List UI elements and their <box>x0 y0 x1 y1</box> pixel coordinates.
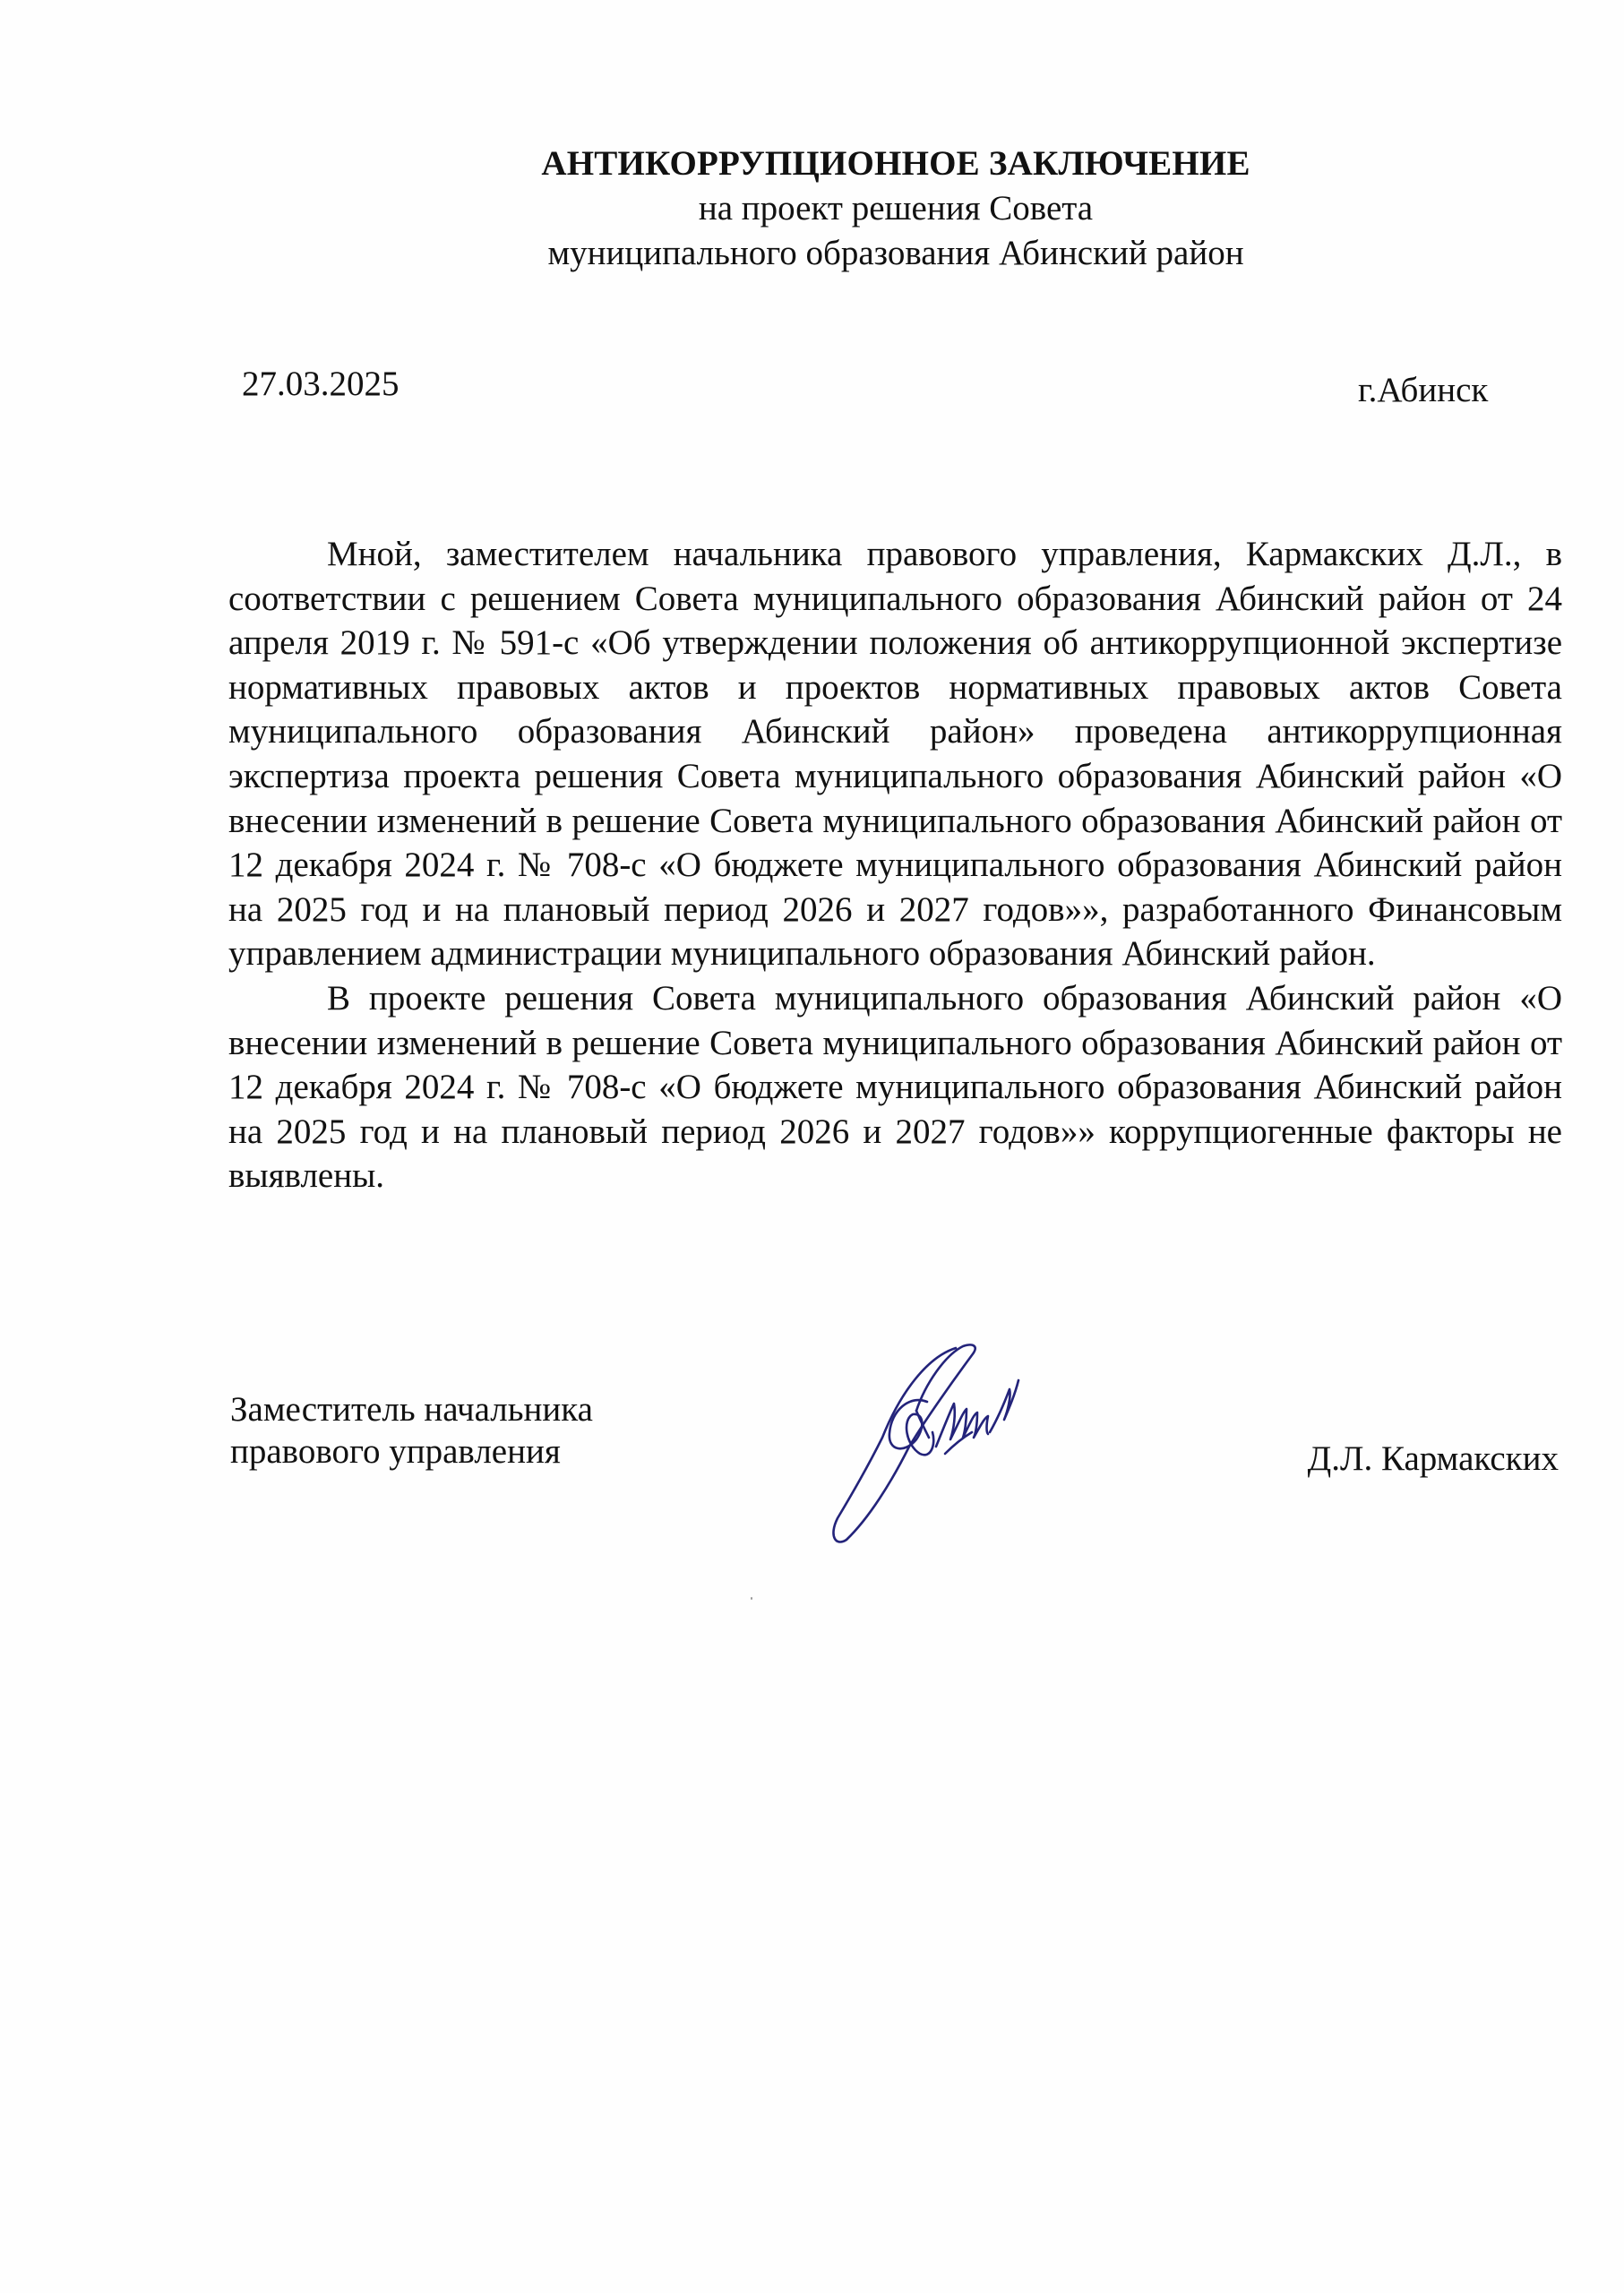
signer-name: Д.Л. Кармакских <box>1308 1437 1559 1481</box>
handwritten-signature-icon <box>820 1339 1061 1550</box>
signer-position-line-1: Заместитель начальника <box>230 1388 593 1430</box>
document-page: АНТИКОРРУПЦИОННОЕ ЗАКЛЮЧЕНИЕ на проект р… <box>0 0 1624 2293</box>
signer-position-line-2: правового управления <box>230 1430 593 1473</box>
document-subtitle-line-1: на проект решения Совета <box>228 186 1563 231</box>
body-paragraph-1: Мной, заместителем начальника правового … <box>228 532 1562 976</box>
document-body: Мной, заместителем начальника правового … <box>228 532 1562 1198</box>
body-paragraph-2: В проекте решения Совета муниципального … <box>228 976 1562 1198</box>
document-subtitle-line-2: муниципального образования Абинский райо… <box>228 231 1563 276</box>
document-date: 27.03.2025 <box>242 362 400 407</box>
signer-position: Заместитель начальника правового управле… <box>230 1388 593 1473</box>
scan-artifact <box>751 1597 752 1600</box>
document-city: г.Абинск <box>1358 368 1488 413</box>
document-title: АНТИКОРРУПЦИОННОЕ ЗАКЛЮЧЕНИЕ <box>228 142 1563 186</box>
document-header: АНТИКОРРУПЦИОННОЕ ЗАКЛЮЧЕНИЕ на проект р… <box>228 142 1563 276</box>
